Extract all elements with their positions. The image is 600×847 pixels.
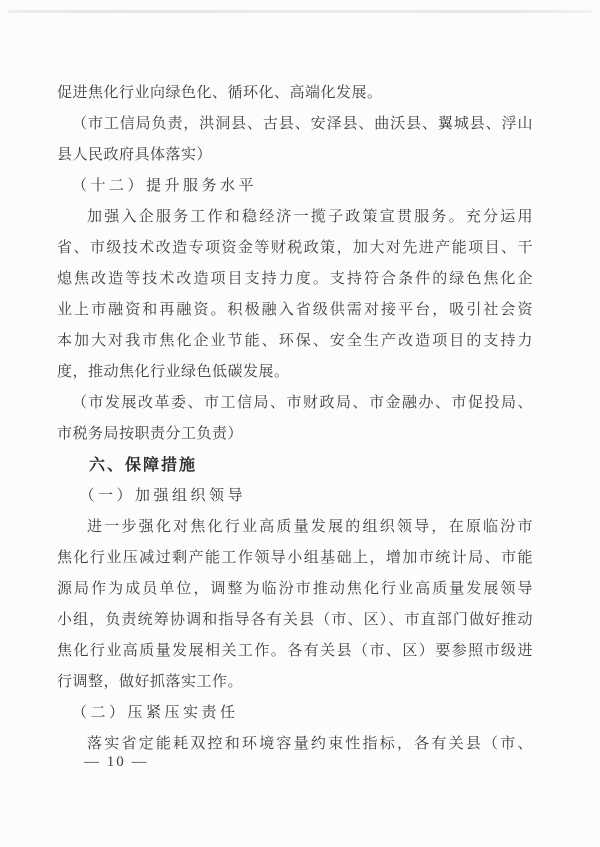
- document-page: 促进焦化行业向绿色化、循环化、高端化发展。（市工信局负责，洪洞县、古县、安泽县、…: [0, 0, 600, 847]
- text-line: （一）加强组织领导: [57, 481, 533, 512]
- page-number: — 10 —: [84, 751, 149, 773]
- text-line: （二）压紧压实责任: [57, 698, 533, 729]
- text-line: 小组，负责统筹协调和指导各有关县（市、区）、市直部门做好推动: [57, 605, 533, 636]
- text-line: 焦化行业高质量发展相关工作。各有关县（市、区）要参照市级进: [57, 636, 533, 667]
- text-line: 行调整，做好抓落实工作。: [57, 667, 533, 698]
- text-line: 本加大对我市焦化企业节能、环保、安全生产改造项目的支持力: [57, 326, 533, 357]
- text-line: 度，推动焦化行业绿色低碳发展。: [57, 357, 533, 388]
- text-line: 熄焦改造等技术改造项目支持力度。支持符合条件的绿色焦化企: [57, 264, 533, 295]
- text-line: 源局作为成员单位，调整为临汾市推动焦化行业高质量发展领导: [57, 574, 533, 605]
- text-line: 县人民政府具体落实）: [57, 140, 533, 171]
- document-body: 促进焦化行业向绿色化、循环化、高端化发展。（市工信局负责，洪洞县、古县、安泽县、…: [57, 78, 533, 760]
- text-line: 焦化行业压减过剩产能工作领导小组基础上，增加市统计局、市能: [57, 543, 533, 574]
- text-line: 六、保障措施: [57, 450, 533, 481]
- text-line: 市税务局按职责分工负责）: [57, 419, 533, 450]
- text-line: 业上市融资和再融资。积极融入省级供需对接平台，吸引社会资: [57, 295, 533, 326]
- text-line: （市工信局负责，洪洞县、古县、安泽县、曲沃县、翼城县、浮山: [57, 109, 533, 140]
- text-line: 省、市级技术改造专项资金等财税政策，加大对先进产能项目、干: [57, 233, 533, 264]
- text-line: （十二）提升服务水平: [57, 171, 533, 202]
- text-line: 加强入企服务工作和稳经济一揽子政策宣贯服务。充分运用: [57, 202, 533, 233]
- text-line: 促进焦化行业向绿色化、循环化、高端化发展。: [57, 78, 533, 109]
- scan-artifact-line: [8, 10, 592, 13]
- text-line: （市发展改革委、市工信局、市财政局、市金融办、市促投局、: [57, 388, 533, 419]
- text-line: 进一步强化对焦化行业高质量发展的组织领导，在原临汾市: [57, 512, 533, 543]
